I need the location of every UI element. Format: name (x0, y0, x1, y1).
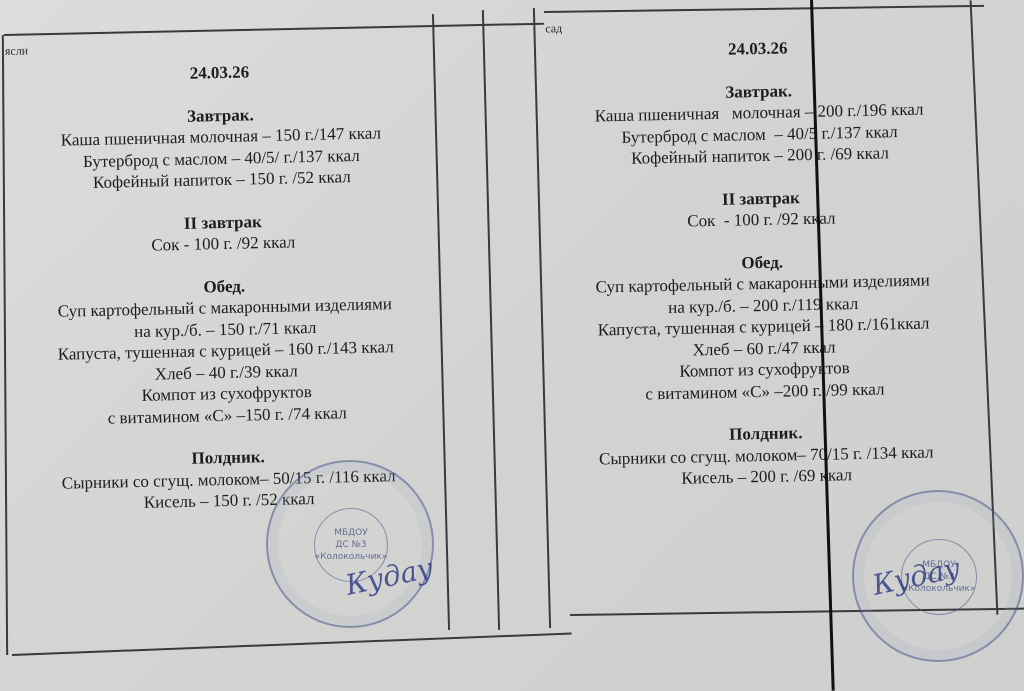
stamp-text: МБДОУ (334, 527, 368, 539)
official-stamp-left: МБДОУ ДС №3 «Колокольчик» (266, 460, 434, 628)
table-top-border (4, 23, 544, 36)
group-label: сад (545, 18, 562, 40)
nursery-menu: ясли 24.03.26 Завтрак. Каша пшеничная мо… (9, 31, 440, 516)
kindergarten-menu: сад 24.03.26 Завтрак. Каша пшеничная мол… (547, 10, 977, 492)
column-divider-2 (482, 10, 500, 630)
group-label: ясли (5, 40, 29, 62)
table-left-border (2, 35, 8, 655)
stamp-text: ДС №3 (335, 539, 366, 551)
table-bottom-border (12, 633, 572, 656)
